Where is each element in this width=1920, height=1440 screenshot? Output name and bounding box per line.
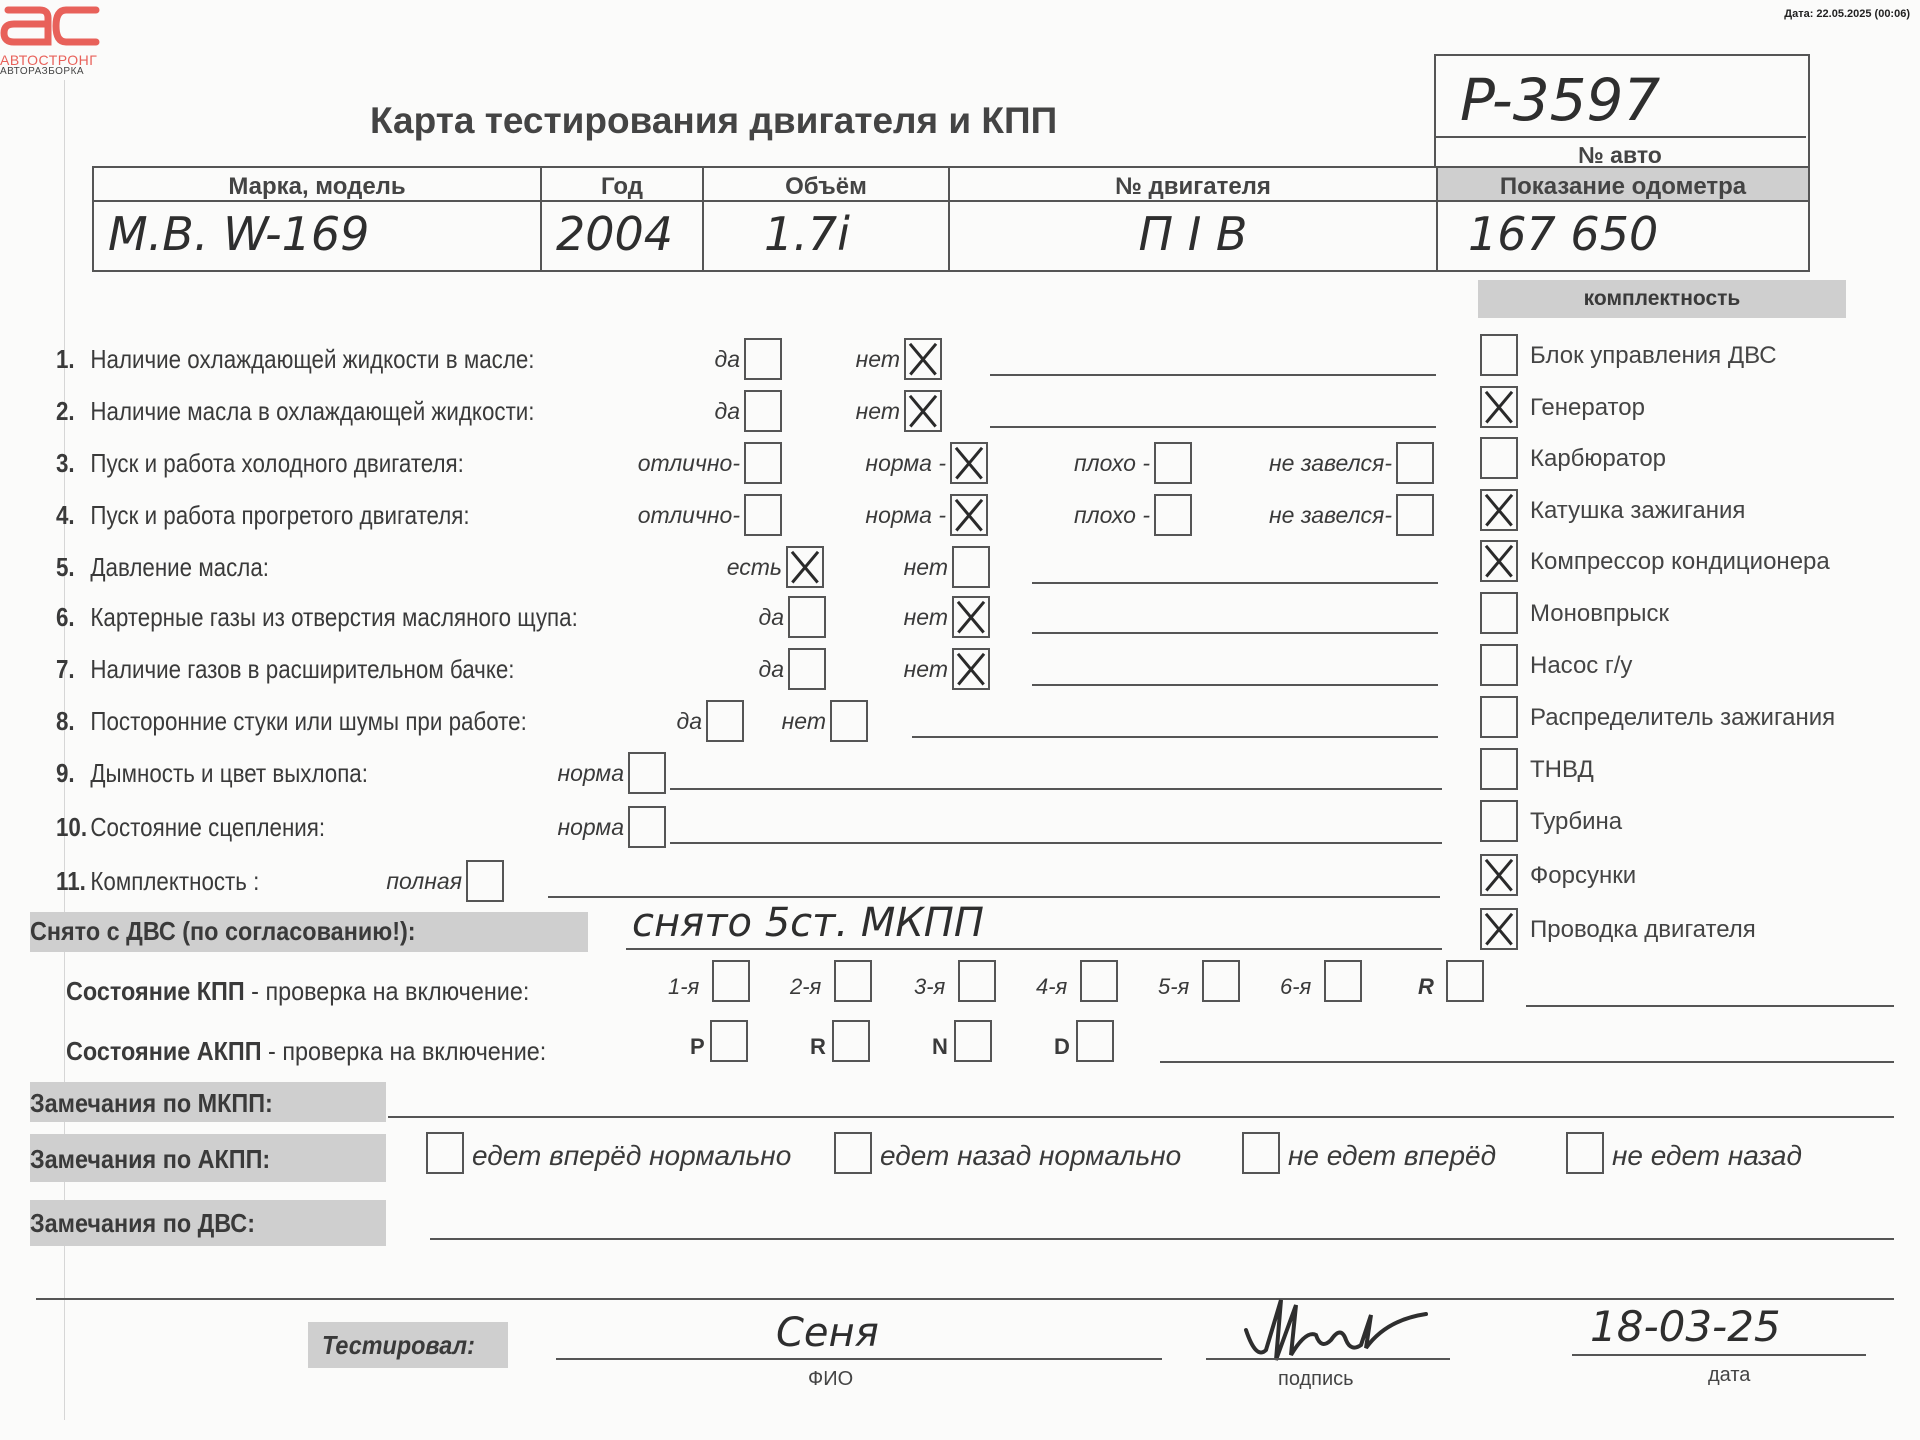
- question-notes-line[interactable]: [1032, 632, 1438, 634]
- manual-gear-checkbox[interactable]: [1446, 960, 1484, 1002]
- manual-gear-checkbox[interactable]: [1324, 960, 1362, 1002]
- completeness-checkbox[interactable]: [1480, 908, 1518, 950]
- signature-line: [1206, 1358, 1450, 1360]
- akpp-remarks-label: Замечания по АКПП:: [30, 1144, 270, 1175]
- test-date-value[interactable]: 18-03-25: [1590, 1302, 1781, 1351]
- option-label: да: [752, 656, 784, 683]
- question-text: Давление масла:: [90, 552, 269, 582]
- manual-gear-checkbox[interactable]: [1080, 960, 1118, 1002]
- option-label: да: [752, 604, 784, 631]
- question-notes-line[interactable]: [990, 426, 1436, 428]
- test-date-caption: дата: [1708, 1364, 1750, 1387]
- question-number: 7.: [56, 654, 90, 685]
- question-notes-line[interactable]: [548, 896, 1440, 898]
- question-text: Наличие охлаждающей жидкости в масле:: [90, 344, 534, 374]
- completeness-title: комплектность: [1478, 280, 1846, 318]
- question-row-5: 5.Давление масла:: [56, 552, 269, 583]
- question-text: Дымность и цвет выхлопа:: [90, 758, 368, 788]
- option-checkbox[interactable]: [950, 494, 988, 536]
- completeness-label: Карбюратор: [1530, 445, 1666, 473]
- option-label: да: [670, 708, 702, 735]
- question-number: 8.: [56, 706, 90, 737]
- completeness-label: Блок управления ДВС: [1530, 342, 1777, 370]
- completeness-checkbox[interactable]: [1480, 800, 1518, 842]
- option-label: нет: [774, 708, 826, 735]
- logo-tagline: АВТОРАЗБОРКА: [0, 66, 84, 77]
- question-row-3: 3.Пуск и работа холодного двигателя:: [56, 448, 464, 479]
- completeness-checkbox[interactable]: [1480, 386, 1518, 428]
- dvs-remarks-line[interactable]: [430, 1238, 1894, 1240]
- question-text: Наличие масла в охлаждающей жидкости:: [90, 396, 534, 426]
- auto-gear-label: D: [1054, 1034, 1070, 1060]
- volume-cell: Объём 1.7i: [704, 166, 950, 270]
- mkpp-remarks-line[interactable]: [388, 1116, 1894, 1118]
- option-checkbox[interactable]: [1154, 442, 1192, 484]
- option-checkbox[interactable]: [628, 806, 666, 848]
- question-text: Картерные газы из отверстия масляного щу…: [90, 602, 577, 632]
- option-checkbox[interactable]: [1396, 442, 1434, 484]
- test-date-line: [1572, 1354, 1866, 1356]
- option-checkbox[interactable]: [952, 596, 990, 638]
- vehicle-info-table: Марка, модель M.B. W-169 Год 2004 Объём …: [92, 166, 1810, 272]
- completeness-label: Катушка зажигания: [1530, 497, 1745, 525]
- question-text: Пуск и работа холодного двигателя:: [90, 448, 463, 478]
- question-notes-line[interactable]: [1032, 582, 1438, 584]
- removed-underline: [626, 948, 1442, 950]
- auto-gear-label: R: [810, 1034, 826, 1060]
- auto-gear-checkbox[interactable]: [1076, 1020, 1114, 1062]
- manual-gear-label: 3-я: [914, 974, 945, 1000]
- option-checkbox[interactable]: [904, 338, 942, 380]
- completeness-label: Насос г/у: [1530, 652, 1632, 680]
- akpp-option-checkbox[interactable]: [1242, 1132, 1280, 1174]
- option-label: нет: [896, 656, 948, 683]
- option-checkbox[interactable]: [706, 700, 744, 742]
- engine-number-cell: № двигателя П І В: [950, 166, 1438, 270]
- manual-gearbox-label: Состояние КПП - проверка на включение:: [66, 976, 529, 1007]
- odometer-value[interactable]: 167 650: [1438, 202, 1808, 266]
- completeness-checkbox[interactable]: [1480, 489, 1518, 531]
- mkpp-remarks-label: Замечания по МКПП:: [30, 1088, 273, 1119]
- question-number: 11.: [56, 866, 90, 897]
- completeness-checkbox[interactable]: [1480, 696, 1518, 738]
- option-checkbox[interactable]: [904, 390, 942, 432]
- option-label: норма: [548, 760, 624, 787]
- option-label: нет: [896, 604, 948, 631]
- auto-gear-checkbox[interactable]: [832, 1020, 870, 1062]
- manual-gear-label: 1-я: [668, 974, 699, 1000]
- akpp-option-checkbox[interactable]: [426, 1132, 464, 1174]
- tested-by-label: Тестировал:: [322, 1330, 475, 1361]
- completeness-checkbox[interactable]: [1480, 748, 1518, 790]
- auto-gear-checkbox[interactable]: [954, 1020, 992, 1062]
- option-label: нет: [850, 346, 900, 373]
- autostrong-logo-icon: [0, 0, 100, 50]
- option-checkbox[interactable]: [744, 338, 782, 380]
- removed-label: Снято с ДВС (по согласованию!):: [30, 916, 416, 947]
- question-text: Пуск и работа прогретого двигателя:: [90, 500, 469, 530]
- option-label: полная: [374, 868, 462, 895]
- question-notes-line[interactable]: [670, 788, 1442, 790]
- engine-number-value[interactable]: П І В: [950, 202, 1436, 266]
- question-row-6: 6.Картерные газы из отверстия масляного …: [56, 602, 578, 633]
- option-label: да: [710, 346, 740, 373]
- completeness-checkbox[interactable]: [1480, 644, 1518, 686]
- completeness-label: ТНВД: [1530, 756, 1594, 784]
- volume-header: Объём: [704, 166, 948, 202]
- option-checkbox[interactable]: [744, 494, 782, 536]
- option-checkbox[interactable]: [628, 752, 666, 794]
- completeness-label: Проводка двигателя: [1530, 916, 1756, 944]
- question-row-7: 7.Наличие газов в расширительном бачке:: [56, 654, 515, 685]
- option-label: плохо -: [1062, 450, 1150, 477]
- completeness-checkbox[interactable]: [1480, 334, 1518, 376]
- make-model-value[interactable]: M.B. W-169: [94, 202, 540, 266]
- completeness-label: Генератор: [1530, 394, 1645, 422]
- year-value[interactable]: 2004: [542, 202, 702, 266]
- option-label: отлично-: [624, 502, 740, 529]
- akpp-option-label: едет назад нормально: [880, 1140, 1181, 1172]
- manual-gear-label: 2-я: [790, 974, 821, 1000]
- question-text: Комплектность :: [90, 866, 259, 896]
- question-notes-line[interactable]: [990, 374, 1436, 376]
- akpp-option-checkbox[interactable]: [1566, 1132, 1604, 1174]
- question-number: 2.: [56, 396, 90, 427]
- option-label: да: [710, 398, 740, 425]
- auto-gearbox-label: Состояние АКПП - проверка на включение:: [66, 1036, 546, 1067]
- volume-value[interactable]: 1.7i: [704, 202, 948, 266]
- completeness-label: Форсунки: [1530, 862, 1636, 890]
- page-title: Карта тестирования двигателя и КПП: [370, 100, 1057, 142]
- completeness-checkbox[interactable]: [1480, 854, 1518, 896]
- dvs-remarks-line-2[interactable]: [36, 1298, 1894, 1300]
- question-number: 4.: [56, 500, 90, 531]
- option-checkbox[interactable]: [744, 390, 782, 432]
- car-number-label: № авто: [1434, 136, 1806, 169]
- option-checkbox[interactable]: [952, 648, 990, 690]
- question-number: 10.: [56, 812, 90, 843]
- option-checkbox[interactable]: [466, 860, 504, 902]
- question-notes-line[interactable]: [670, 842, 1442, 844]
- manual-gearbox-underline: [1526, 1005, 1894, 1007]
- question-row-10: 10.Состояние сцепления:: [56, 812, 325, 843]
- option-label: норма -: [852, 502, 946, 529]
- manual-gear-label: 6-я: [1280, 974, 1311, 1000]
- manual-gear-label: 4-я: [1036, 974, 1067, 1000]
- print-date: Дата: 22.05.2025 (00:06): [1784, 8, 1910, 20]
- option-checkbox[interactable]: [950, 442, 988, 484]
- manual-gear-checkbox[interactable]: [712, 960, 750, 1002]
- option-checkbox[interactable]: [786, 546, 824, 588]
- question-notes-line[interactable]: [912, 736, 1438, 738]
- auto-gearbox-underline: [1160, 1061, 1894, 1063]
- question-text: Наличие газов в расширительном бачке:: [90, 654, 514, 684]
- akpp-option-label: не едет назад: [1612, 1140, 1802, 1172]
- auto-gear-label: N: [932, 1034, 948, 1060]
- dvs-remarks-label: Замечания по ДВС:: [30, 1208, 255, 1239]
- question-text: Состояние сцепления:: [90, 812, 325, 842]
- odometer-header: Показание одометра: [1438, 166, 1808, 202]
- completeness-checkbox[interactable]: [1480, 540, 1518, 582]
- question-row-11: 11.Комплектность :: [56, 866, 259, 897]
- option-checkbox[interactable]: [788, 648, 826, 690]
- manual-gear-checkbox[interactable]: [834, 960, 872, 1002]
- option-label: не завелся-: [1252, 450, 1392, 477]
- odometer-cell: Показание одометра 167 650: [1438, 166, 1808, 270]
- tester-name-line: [556, 1358, 1162, 1360]
- manual-gear-label: 5-я: [1158, 974, 1189, 1000]
- option-label: нет: [896, 554, 948, 581]
- question-number: 3.: [56, 448, 90, 479]
- option-label: нет: [850, 398, 900, 425]
- option-label: отлично-: [624, 450, 740, 477]
- completeness-label: Турбина: [1530, 808, 1622, 836]
- option-label: норма: [548, 814, 624, 841]
- completeness-label: Компрессор кондиционера: [1530, 548, 1830, 576]
- akpp-option-label: едет вперёд нормально: [472, 1140, 791, 1172]
- make-model-cell: Марка, модель M.B. W-169: [94, 166, 542, 270]
- question-row-2: 2.Наличие масла в охлаждающей жидкости:: [56, 396, 535, 427]
- question-notes-line[interactable]: [1032, 684, 1438, 686]
- question-number: 5.: [56, 552, 90, 583]
- auto-gear-checkbox[interactable]: [710, 1020, 748, 1062]
- option-checkbox[interactable]: [1396, 494, 1434, 536]
- question-row-9: 9.Дымность и цвет выхлопа:: [56, 758, 368, 789]
- option-checkbox[interactable]: [830, 700, 868, 742]
- option-label: есть: [720, 554, 782, 581]
- option-label: не завелся-: [1252, 502, 1392, 529]
- option-checkbox[interactable]: [952, 546, 990, 588]
- make-model-header: Марка, модель: [94, 166, 540, 202]
- question-row-8: 8.Посторонние стуки или шумы при работе:: [56, 706, 527, 737]
- option-checkbox[interactable]: [744, 442, 782, 484]
- question-number: 1.: [56, 344, 90, 375]
- question-number: 9.: [56, 758, 90, 789]
- manual-gear-checkbox[interactable]: [1202, 960, 1240, 1002]
- manual-gear-checkbox[interactable]: [958, 960, 996, 1002]
- tester-name-caption: ФИО: [808, 1368, 853, 1391]
- engine-number-header: № двигателя: [950, 166, 1436, 202]
- year-header: Год: [542, 166, 702, 202]
- auto-gear-label: P: [690, 1034, 705, 1060]
- question-row-4: 4.Пуск и работа прогретого двигателя:: [56, 500, 470, 531]
- option-label: норма -: [852, 450, 946, 477]
- manual-gear-label: R: [1418, 974, 1434, 1000]
- akpp-option-label: не едет вперёд: [1288, 1140, 1496, 1172]
- completeness-label: Распределитель зажигания: [1530, 704, 1835, 732]
- question-number: 6.: [56, 602, 90, 633]
- year-cell: Год 2004: [542, 166, 704, 270]
- completeness-checkbox[interactable]: [1480, 592, 1518, 634]
- akpp-option-checkbox[interactable]: [834, 1132, 872, 1174]
- question-row-1: 1.Наличие охлаждающей жидкости в масле:: [56, 344, 535, 375]
- option-checkbox[interactable]: [788, 596, 826, 638]
- option-label: плохо -: [1062, 502, 1150, 529]
- signature-caption: подпись: [1278, 1368, 1354, 1391]
- removed-value[interactable]: снято 5ст. МКПП: [632, 900, 984, 946]
- option-checkbox[interactable]: [1154, 494, 1192, 536]
- car-number-value[interactable]: P-3597: [1460, 66, 1660, 134]
- question-text: Посторонние стуки или шумы при работе:: [90, 706, 526, 736]
- completeness-checkbox[interactable]: [1480, 437, 1518, 479]
- tester-name-value[interactable]: Сеня: [776, 1310, 879, 1356]
- completeness-label: Моновпрыск: [1530, 600, 1669, 628]
